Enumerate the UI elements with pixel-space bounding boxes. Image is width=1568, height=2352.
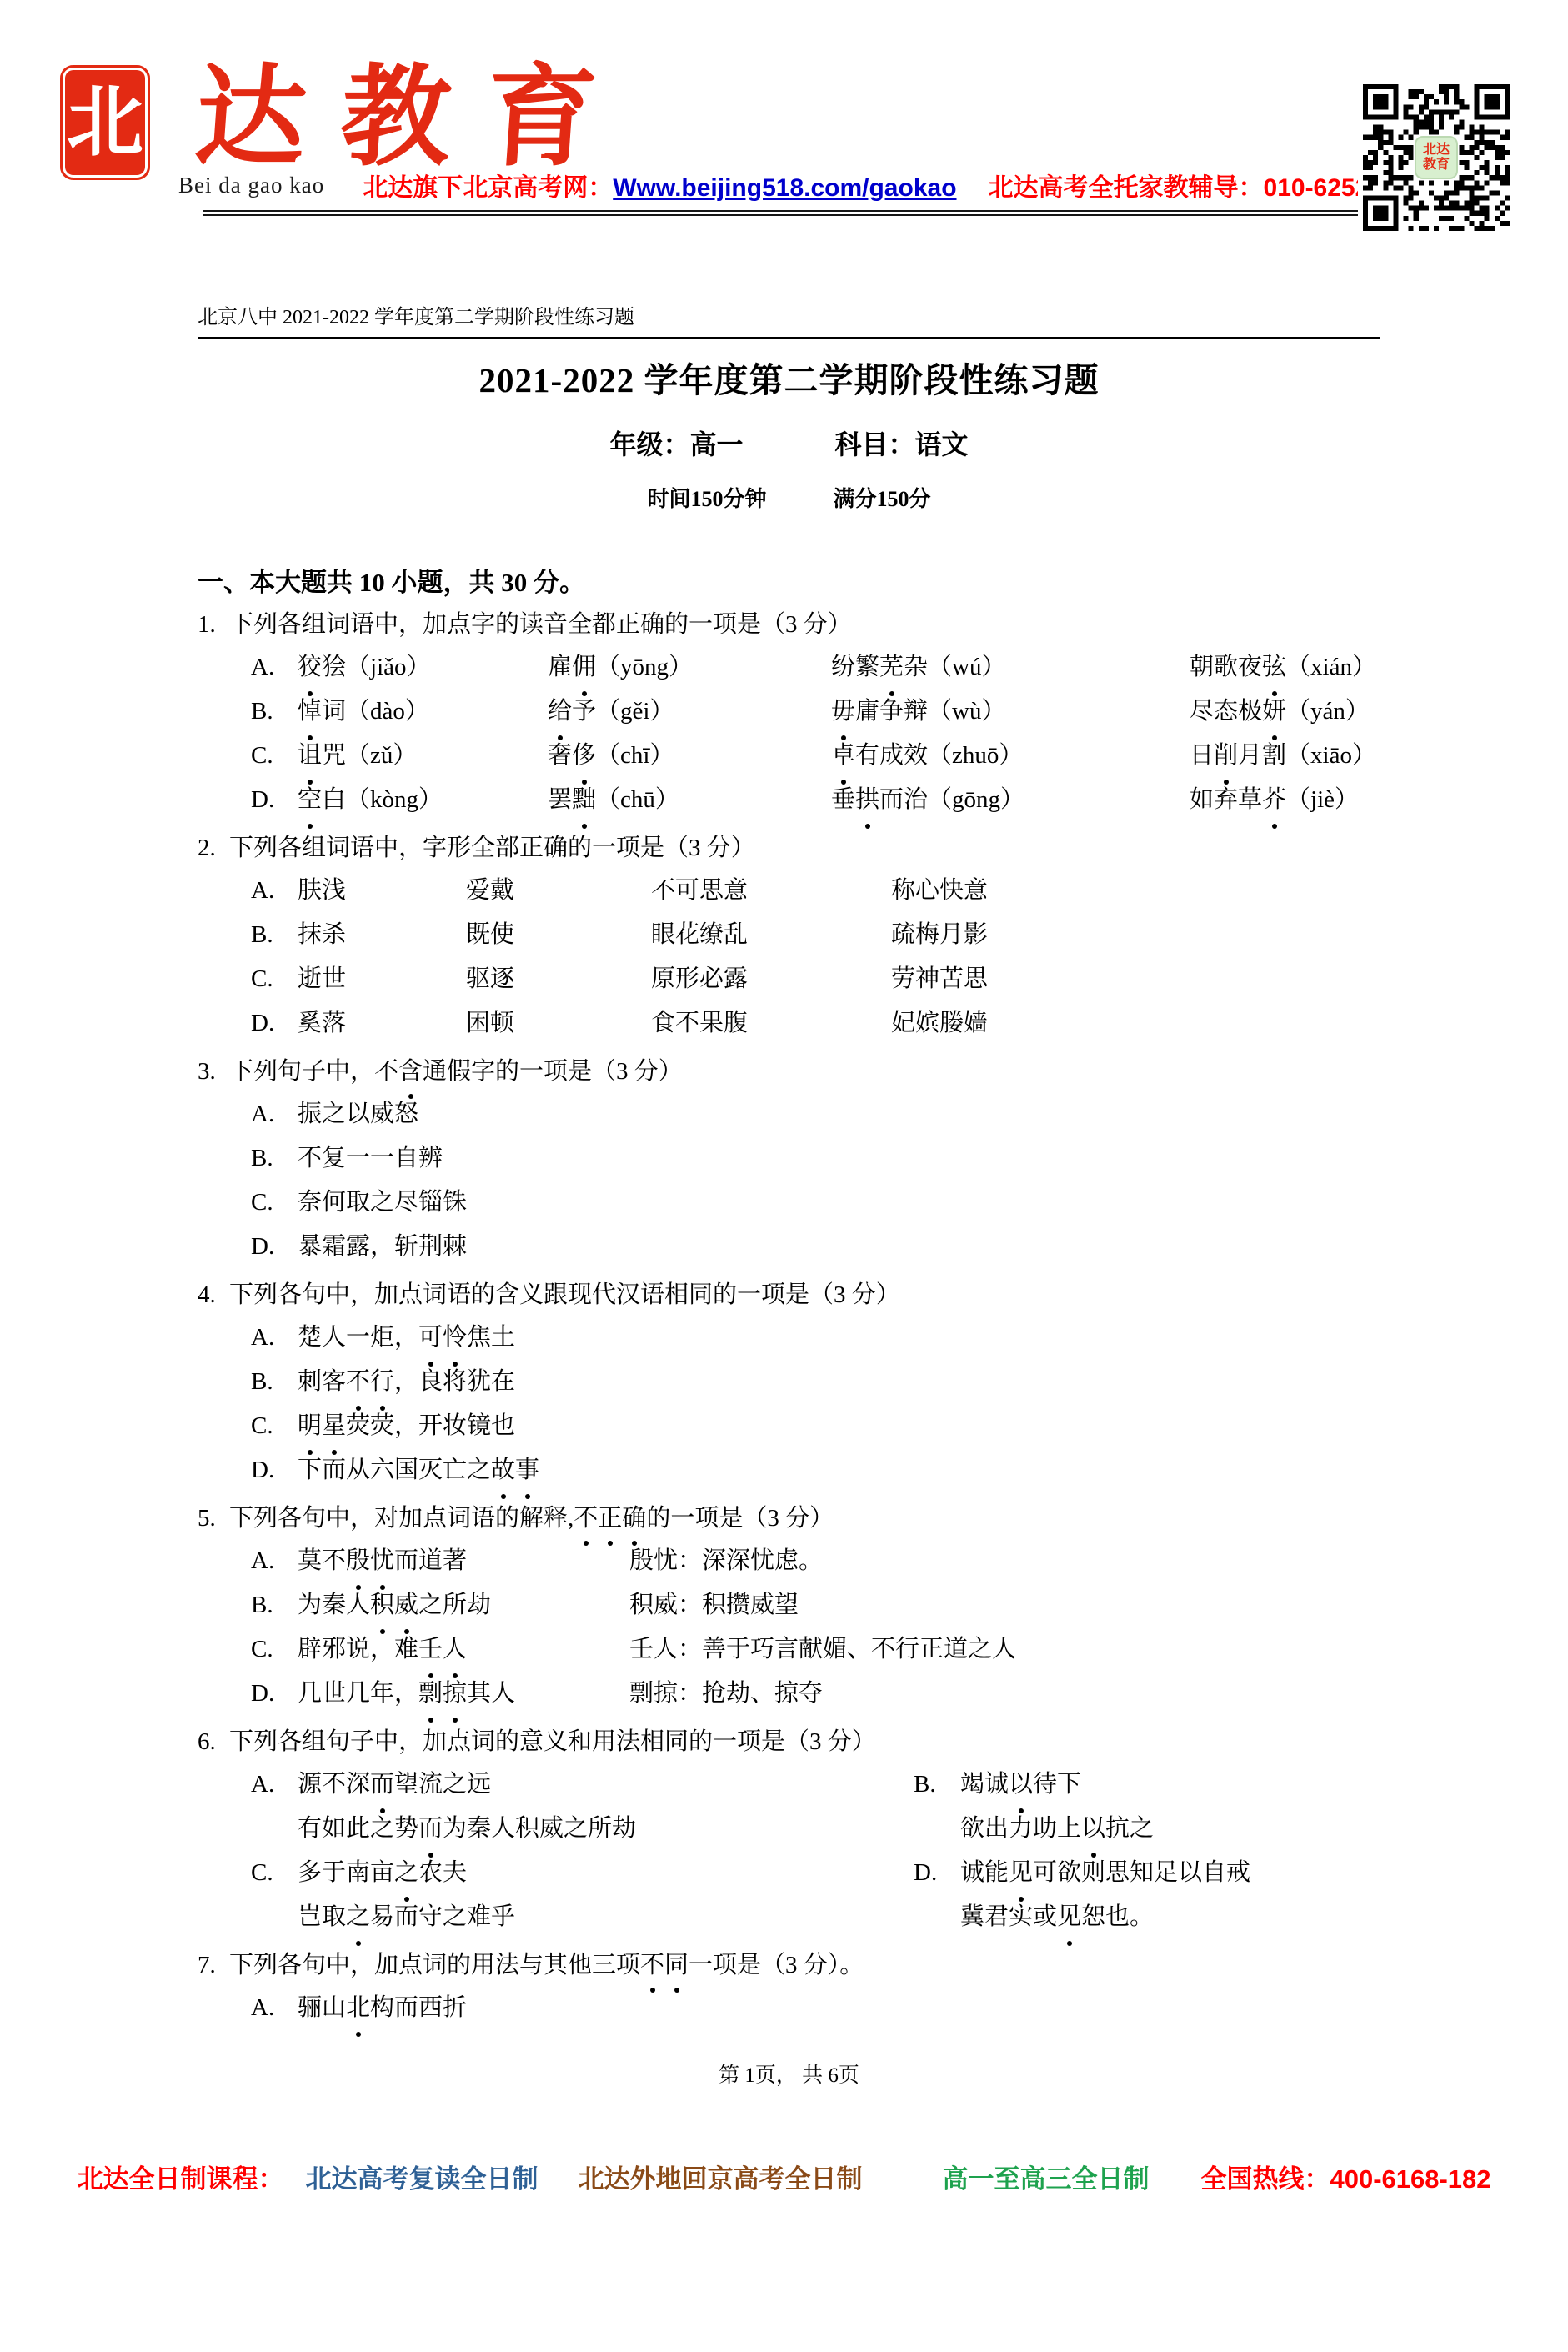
option-lines: 竭诚以待下欲出力助上以抗之 <box>960 1763 1380 1851</box>
banner-divider <box>203 210 1363 216</box>
option-line: 多于南亩之农夫 <box>298 1851 914 1895</box>
option-cell: 既使 <box>466 913 651 957</box>
option-cell: 不可思意 <box>651 869 891 913</box>
emphasized-char: 不 <box>346 1360 370 1404</box>
option-cell: 罢黜（chū） <box>548 778 831 822</box>
option-cell: 食不果腹 <box>651 1001 891 1046</box>
option-cell: 原形必露 <box>651 957 891 1001</box>
option-label: D. <box>251 1448 298 1492</box>
option-cell: 不复一一自辨 <box>298 1136 1380 1181</box>
brand-banner: 北 达教育 Bei da gao kao 北达旗下北京高考网：Www.beiji… <box>60 65 1363 216</box>
option-row: C.诅咒（zǔ）奢侈（chī）卓有成效（zhuō）日削月割（xiāo） <box>198 734 1380 778</box>
option-cell: 刺客不行，良将犹在 <box>298 1360 1380 1404</box>
emphasized-char: 星 <box>322 1404 346 1448</box>
footer-bar: 北达全日制课程：北达高考复读全日制北达外地回京高考全日制高一至高三全日制全国热线… <box>0 2158 1568 2195</box>
page-title: 2021-2022 学年度第二学期阶段性练习题 <box>198 353 1380 402</box>
emphasized-char: 怜 <box>443 1316 467 1360</box>
emphasized-char: 空 <box>298 778 322 822</box>
option-cell: 日削月割（xiāo） <box>1190 734 1380 778</box>
emphasized-char: 含 <box>398 1051 423 1092</box>
option-label: A. <box>251 1539 298 1583</box>
option-label: D. <box>251 778 298 822</box>
question-item: 2.下列各组词语中，字形全部正确的一项是（3 分）A.肤浅爱戴不可思意称心快意B… <box>198 827 1380 1046</box>
question-number: 5. <box>198 1497 229 1539</box>
emphasized-char: 故 <box>491 1448 515 1492</box>
option-label: C. <box>251 1181 298 1225</box>
page-number: 第 1页， 共 6页 <box>198 2059 1380 2089</box>
option-cell: 困顿 <box>466 1001 651 1046</box>
option-pair-row: C.多于南亩之农夫岂取之易而守之难乎D.诚能见可欲则思知足以自戒冀君实或见恕也。 <box>198 1851 1380 1939</box>
option-row: A.莫不殷忧而道著殷忧：深深忧虑。 <box>198 1539 1380 1583</box>
option-cell: 给予（gěi） <box>548 690 831 734</box>
option: A.源不深而望流之远有如此之势而为秦人积威之所劫 <box>251 1763 914 1851</box>
option-cell: 空白（kòng） <box>298 778 548 822</box>
emphasized-char: 侈 <box>572 734 596 778</box>
option-row: B.悼词（dào）给予（gěi）毋庸争辩（wù）尽态极妍（yán） <box>198 690 1380 734</box>
option-cell: 奚落 <box>298 1001 466 1046</box>
running-head: 北京八中 2021-2022 学年度第二学期阶段性练习题 <box>198 300 1380 339</box>
option-line: 欲出力助上以抗之 <box>960 1807 1380 1851</box>
option-label: A. <box>251 1316 298 1360</box>
option-row: A.楚人一炬，可怜焦土 <box>198 1316 1380 1360</box>
option-line: 诚能见可欲则思知足以自戒 <box>960 1851 1380 1895</box>
option-row: A.骊山北构而西折 <box>198 1986 1380 2030</box>
option-cell: 莫不殷忧而道著 <box>298 1539 629 1583</box>
option-cell: 为秦人积威之所劫 <box>298 1583 629 1627</box>
emphasized-char: 人 <box>443 1627 467 1672</box>
emphasized-char: 明 <box>298 1404 322 1448</box>
question-item: 5.下列各句中，对加点词语的解释,不正确的一项是（3 分）A.莫不殷忧而道著殷忧… <box>198 1497 1380 1716</box>
emphasized-char: 以 <box>1081 1807 1105 1851</box>
emphasized-char: 妍 <box>1262 690 1286 734</box>
emphasized-char: 芜 <box>879 645 904 690</box>
emphasized-char: 掠 <box>443 1672 467 1716</box>
option-cell: 悼词（dào） <box>298 690 548 734</box>
option-cell: 抹杀 <box>298 913 466 957</box>
emphasized-char: 同 <box>664 1944 689 1986</box>
option-label: A. <box>251 1763 298 1851</box>
emphasized-char: 正 <box>598 1497 622 1539</box>
option-cell: 卓有成效（zhuō） <box>831 734 1190 778</box>
option-cell: 疏梅月影 <box>891 913 1380 957</box>
question-item: 1.下列各组词语中，加点字的读音全都正确的一项是（3 分）A.狡狯（jiǎo）雇… <box>198 604 1380 822</box>
option-cell: 奢侈（chī） <box>548 734 831 778</box>
emphasized-char: 而 <box>418 1807 443 1851</box>
option-pair-row: A.源不深而望流之远有如此之势而为秦人积威之所劫B.竭诚以待下欲出力助上以抗之 <box>198 1763 1380 1851</box>
question-text: 5.下列各句中，对加点词语的解释,不正确的一项是（3 分） <box>198 1497 1380 1539</box>
emphasized-char: 毋 <box>831 690 855 734</box>
question-text: 6.下列各组句子中，加点词的意义和用法相同的一项是（3 分） <box>198 1721 1380 1763</box>
option-cell: 爱戴 <box>466 869 651 913</box>
option-cell: 壬人：善于巧言献媚、不行正道之人 <box>629 1627 1380 1672</box>
option-cell: 眼花缭乱 <box>651 913 891 957</box>
option-row: B.抹杀既使眼花缭乱疏梅月影 <box>198 913 1380 957</box>
emphasized-char: 可 <box>418 1316 443 1360</box>
question-text: 1.下列各组词语中，加点字的读音全都正确的一项是（3 分） <box>198 604 1380 645</box>
option-cell: 辟邪说，难壬人 <box>298 1627 629 1672</box>
option-cell: 垂拱而治（gōng） <box>831 778 1190 822</box>
meta-score: 满分150分 <box>834 487 931 511</box>
option-cell: 诅咒（zǔ） <box>298 734 548 778</box>
option-label: D. <box>251 1001 298 1046</box>
option-label: A. <box>251 869 298 913</box>
question-number: 1. <box>198 604 229 645</box>
option-cell: 逝世 <box>298 957 466 1001</box>
emphasized-char: 确 <box>622 1497 646 1539</box>
option-label: B. <box>914 1763 960 1851</box>
option-cell: 肤浅 <box>298 869 466 913</box>
question-number: 7. <box>198 1944 229 1986</box>
logo-seal-icon: 北 <box>60 65 150 180</box>
question-number: 2. <box>198 827 229 869</box>
site-url-link[interactable]: Www.beijing518.com/gaokao <box>613 174 956 202</box>
option-row: C.逝世驱逐原形必露劳神苦思 <box>198 957 1380 1001</box>
emphasized-char: 不 <box>574 1497 598 1539</box>
meta-subject: 科目：语文 <box>835 429 969 459</box>
question-number: 6. <box>198 1721 229 1763</box>
option-cell: 尽态极妍（yán） <box>1190 690 1380 734</box>
emphasized-char: 殷 <box>346 1539 370 1583</box>
option-label: A. <box>251 1986 298 2030</box>
emphasized-char: 之 <box>346 1895 370 1939</box>
option-label: B. <box>251 913 298 957</box>
option-row: D.奚落困顿食不果腹妃嫔媵嫱 <box>198 1001 1380 1046</box>
emphasized-char: 北 <box>346 1986 370 2030</box>
option-line: 有如此之势而为秦人积威之所劫 <box>298 1807 914 1851</box>
option-cell: 劳神苦思 <box>891 957 1380 1001</box>
footer-item: 北达高考复读全日制 <box>305 2158 538 2195</box>
option-label: C. <box>251 734 298 778</box>
option-row: B.不复一一自辨 <box>198 1136 1380 1181</box>
option-row: A.狡狯（jiǎo）雇佣（yōng）纷繁芜杂（wú）朝歌夜弦（xián） <box>198 645 1380 690</box>
option-cell: 振之以威怒 <box>298 1092 1380 1136</box>
option-label: B. <box>251 1583 298 1627</box>
option-line: 源不深而望流之远 <box>298 1763 914 1807</box>
option-row: D.几世几年，剽掠其人剽掠：抢劫、掠夺 <box>198 1672 1380 1716</box>
option-row: B.为秦人积威之所劫积威：积攒威望 <box>198 1583 1380 1627</box>
option: D.诚能见可欲则思知足以自戒冀君实或见恕也。 <box>914 1851 1380 1939</box>
footer-item: 高一至高三全日制 <box>942 2158 1149 2195</box>
option-label: A. <box>251 1092 298 1136</box>
option-cell: 殷忧：深深忧虑。 <box>629 1539 1380 1583</box>
question-text: 7.下列各句中，加点词的用法与其他三项不同一项是（3 分）。 <box>198 1944 1380 1986</box>
option-lines: 诚能见可欲则思知足以自戒冀君实或见恕也。 <box>960 1851 1380 1939</box>
question-number: 3. <box>198 1051 229 1092</box>
option-label: C. <box>251 1404 298 1448</box>
option-row: C.奈何取之尽锱铢 <box>198 1181 1380 1225</box>
emphasized-char: 威 <box>394 1583 418 1627</box>
option-row: C.明星荧荧，开妆镜也 <box>198 1404 1380 1448</box>
seal-character: 北 <box>67 84 143 161</box>
option-cell: 骊山北构而西折 <box>298 1986 1380 2030</box>
option-cell: 驱逐 <box>466 957 651 1001</box>
emphasized-char: 佣 <box>572 645 596 690</box>
emphasized-char: 狡 <box>298 645 322 690</box>
option-cell: 明星荧荧，开妆镜也 <box>298 1404 1380 1448</box>
meta-time: 时间150分钟 <box>647 487 766 511</box>
qr-center-logo: 北达 教育 <box>1415 136 1458 179</box>
emphasized-char: 见 <box>1057 1895 1081 1939</box>
emphasized-char: 黜 <box>572 778 596 822</box>
option-line: 岂取之易而守之难乎 <box>298 1895 914 1939</box>
emphasized-char: 悼 <box>298 690 322 734</box>
option-lines: 源不深而望流之远有如此之势而为秦人积威之所劫 <box>298 1763 914 1851</box>
option-label: D. <box>251 1225 298 1269</box>
emphasized-char: 而 <box>370 1763 394 1807</box>
question-text: 4.下列各句中，加点词语的含义跟现代汉语相同的一项是（3 分） <box>198 1274 1380 1316</box>
emphasized-char: 见 <box>1009 1851 1033 1895</box>
exam-page: 北 达教育 Bei da gao kao 北达旗下北京高考网：Www.beiji… <box>0 0 1568 2352</box>
meta-grade: 年级：高一 <box>609 429 743 459</box>
section-heading: 一、本大题共 10 小题，共 30 分。 <box>198 561 1380 599</box>
emphasized-char: 剽 <box>418 1672 443 1716</box>
question-item: 4.下列各句中，加点词语的含义跟现代汉语相同的一项是（3 分）A.楚人一炬，可怜… <box>198 1274 1380 1492</box>
option-cell: 雇佣（yōng） <box>548 645 831 690</box>
question-item: 3.下列句子中，不含通假字的一项是（3 分）A.振之以威怒B.不复一一自辨C.奈… <box>198 1051 1380 1269</box>
option: C.多于南亩之农夫岂取之易而守之难乎 <box>251 1851 914 1939</box>
option-label: C. <box>251 1627 298 1672</box>
question-number: 4. <box>198 1274 229 1316</box>
question-item: 7.下列各句中，加点词的用法与其他三项不同一项是（3 分）。A.骊山北构而西折 <box>198 1944 1380 2030</box>
emphasized-char: 不 <box>640 1944 664 1986</box>
option-row: D.暴霜露，斩荆棘 <box>198 1225 1380 1269</box>
option-label: B. <box>251 690 298 734</box>
emphasized-char: 削 <box>1214 734 1238 778</box>
footer-item: 全国热线：400-6168-182 <box>1200 2158 1490 2195</box>
option-cell: 妃嫔媵嫱 <box>891 1001 1380 1046</box>
emphasized-char: 以 <box>1009 1763 1033 1807</box>
question-item: 6.下列各组句子中，加点词的意义和用法相同的一项是（3 分）A.源不深而望流之远… <box>198 1721 1380 1939</box>
option-cell: 积威：积攒威望 <box>629 1583 1380 1627</box>
meta-grade-subject: 年级：高一科目：语文 <box>198 424 1380 462</box>
question-text: 2.下列各组词语中，字形全部正确的一项是（3 分） <box>198 827 1380 869</box>
option-label: C. <box>251 1851 298 1939</box>
emphasized-char: 诅 <box>298 734 322 778</box>
emphasized-char: 事 <box>515 1448 539 1492</box>
option-cell: 纷繁芜杂（wú） <box>831 645 1190 690</box>
emphasized-char: 积 <box>370 1583 394 1627</box>
option-cell: 楚人一炬，可怜焦土 <box>298 1316 1380 1360</box>
emphasized-char: 拱 <box>855 778 879 822</box>
document-body: 北京八中 2021-2022 学年度第二学期阶段性练习题 2021-2022 学… <box>198 300 1380 2089</box>
option-label: B. <box>251 1136 298 1181</box>
option-line: 冀君实或见恕也。 <box>960 1895 1380 1939</box>
option-cell: 剽掠：抢劫、掠夺 <box>629 1672 1380 1716</box>
option: B.竭诚以待下欲出力助上以抗之 <box>914 1763 1380 1851</box>
option-cell: 毋庸争辩（wù） <box>831 690 1190 734</box>
option-lines: 多于南亩之农夫岂取之易而守之难乎 <box>298 1851 914 1939</box>
option-label: D. <box>251 1672 298 1716</box>
footer-item: 北达外地回京高考全日制 <box>578 2158 862 2195</box>
option-label: D. <box>914 1851 960 1939</box>
emphasized-char: 弦 <box>1262 645 1286 690</box>
option-line: 竭诚以待下 <box>960 1763 1380 1807</box>
footer-item: 北达全日制课程： <box>77 2158 283 2195</box>
option-row: B.刺客不行，良将犹在 <box>198 1360 1380 1404</box>
emphasized-char: 卓 <box>831 734 855 778</box>
emphasized-char: 行 <box>370 1360 394 1404</box>
option-row: D.下而从六国灭亡之故事 <box>198 1448 1380 1492</box>
question-text: 3.下列句子中，不含通假字的一项是（3 分） <box>198 1051 1380 1092</box>
emphasized-char: 给 <box>548 690 572 734</box>
option-row: A.肤浅爱戴不可思意称心快意 <box>198 869 1380 913</box>
option-label: B. <box>251 1360 298 1404</box>
option-cell: 暴霜露，斩荆棘 <box>298 1225 1380 1269</box>
option-cell: 奈何取之尽锱铢 <box>298 1181 1380 1225</box>
option-label: C. <box>251 957 298 1001</box>
logo-script-text: 达教育 <box>192 60 635 176</box>
emphasized-char: 壬 <box>418 1627 443 1672</box>
qr-code: 北达 教育 <box>1358 73 1515 242</box>
meta-time-score: 时间150分钟满分150分 <box>198 482 1380 513</box>
option-cell: 称心快意 <box>891 869 1380 913</box>
emphasized-char: 芥 <box>1262 778 1286 822</box>
option-row: D.空白（kòng）罢黜（chū）垂拱而治（gōng）如弃草芥（jiè） <box>198 778 1380 822</box>
emphasized-char: 忧 <box>370 1539 394 1583</box>
option-row: C.辟邪说，难壬人壬人：善于巧言献媚、不行正道之人 <box>198 1627 1380 1672</box>
emphasized-char: 之 <box>394 1851 418 1895</box>
option-cell: 几世几年，剽掠其人 <box>298 1672 629 1716</box>
option-label: A. <box>251 645 298 690</box>
option-cell: 朝歌夜弦（xián） <box>1190 645 1380 690</box>
option-cell: 如弃草芥（jiè） <box>1190 778 1380 822</box>
option-cell: 下而从六国灭亡之故事 <box>298 1448 1380 1492</box>
option-row: A.振之以威怒 <box>198 1092 1380 1136</box>
option-cell: 狡狯（jiǎo） <box>298 645 548 690</box>
questions-list: 1.下列各组词语中，加点字的读音全都正确的一项是（3 分）A.狡狯（jiǎo）雇… <box>198 604 1380 2030</box>
